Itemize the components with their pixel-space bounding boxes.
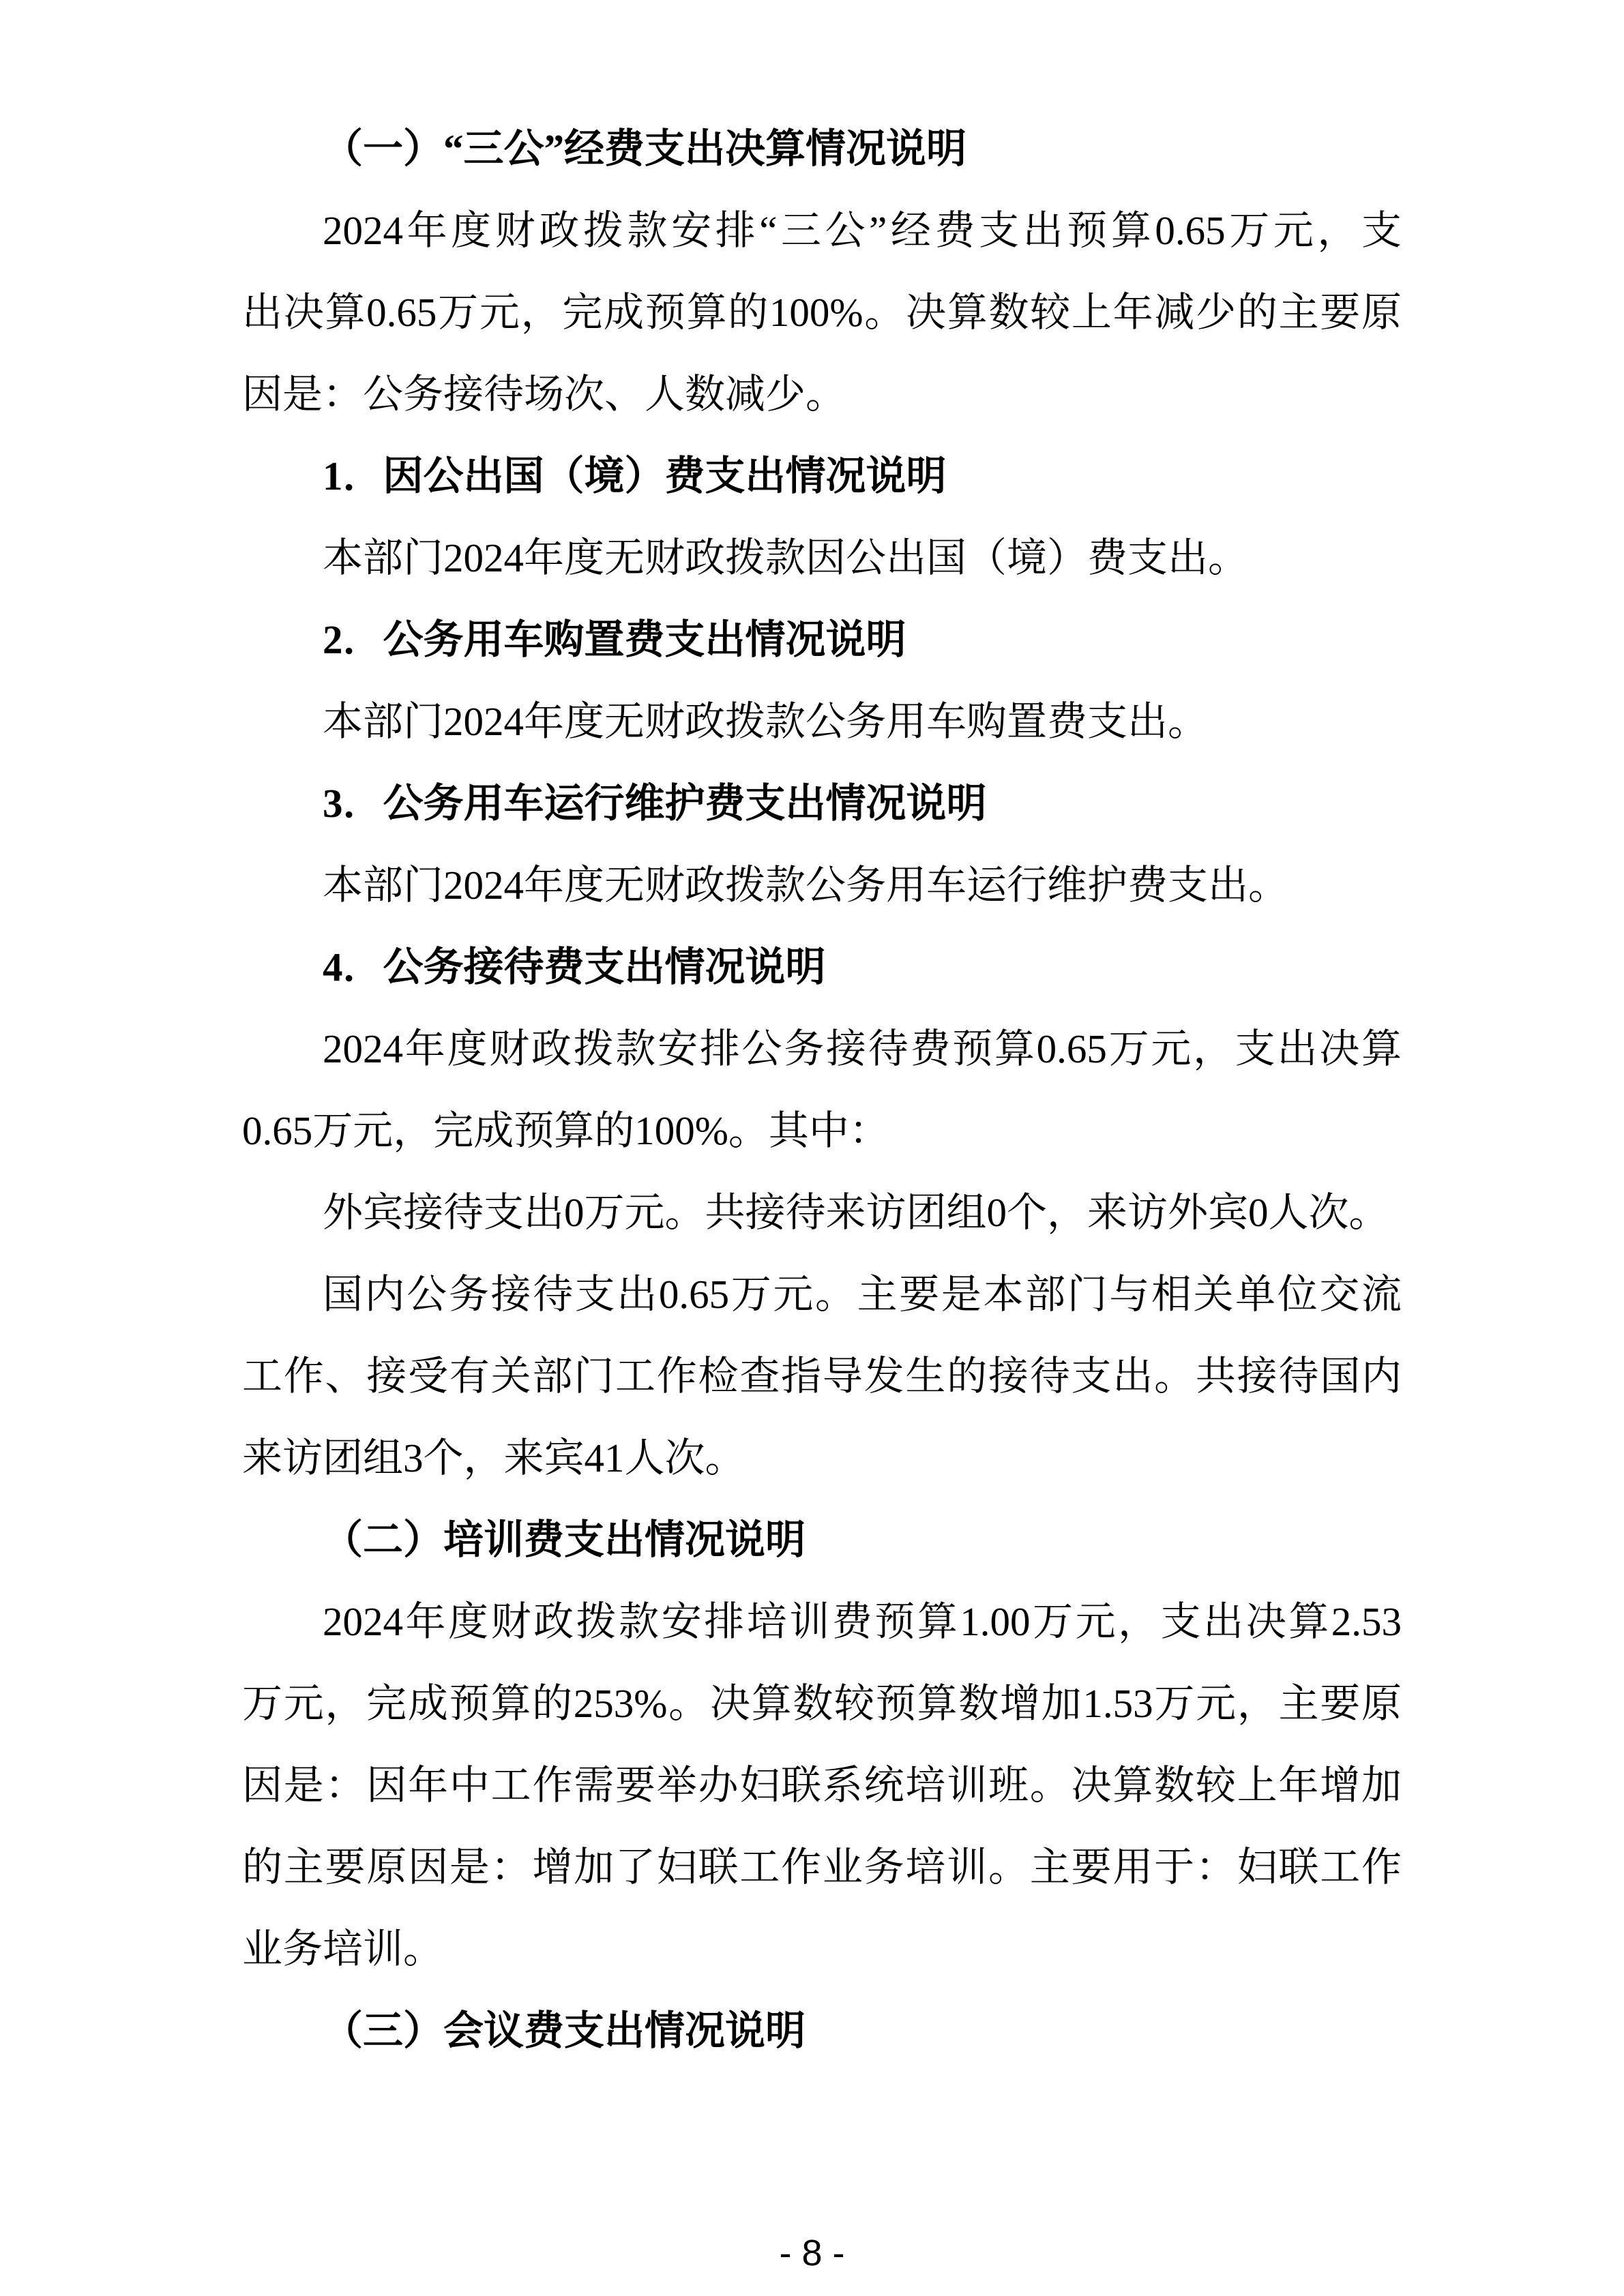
text-block: （一）“三公”经费支出决算情况说明2024年度财政拨款安排“三公”经费支出预算0… [242,108,1402,2072]
body-line: 外宾接待支出0万元。共接待来访团组0个，来访外宾0人次。 [242,1172,1402,1253]
heading-line: 3．公务用车运行维护费支出情况说明 [242,762,1402,844]
page-number: - 8 - [0,2226,1624,2280]
body-line: 业务培训。 [242,1908,1402,1990]
heading-line: （三）会议费支出情况说明 [242,1990,1402,2072]
body-line: 本部门2024年度无财政拨款公务用车运行维护费支出。 [242,844,1402,926]
heading-line: 1．因公出国（境）费支出情况说明 [242,435,1402,517]
body-line: 万元，完成预算的253%。决算数较预算数增加1.53万元，主要原 [242,1663,1402,1744]
heading-line: 4．公务接待费支出情况说明 [242,926,1402,1008]
body-line: 出决算0.65万元，完成预算的100%。决算数较上年减少的主要原 [242,271,1402,353]
body-line: 0.65万元，完成预算的100%。其中： [242,1090,1402,1172]
body-line: 本部门2024年度无财政拨款因公出国（境）费支出。 [242,517,1402,599]
body-line: 2024年度财政拨款安排“三公”经费支出预算0.65万元，支 [242,190,1402,271]
heading-line: （一）“三公”经费支出决算情况说明 [242,108,1402,190]
body-line: 2024年度财政拨款安排公务接待费预算0.65万元，支出决算 [242,1008,1402,1090]
document-page: （一）“三公”经费支出决算情况说明2024年度财政拨款安排“三公”经费支出预算0… [0,0,1624,2296]
body-line: 因是：因年中工作需要举办妇联系统培训班。决算数较上年增加 [242,1744,1402,1826]
heading-line: （二）培训费支出情况说明 [242,1499,1402,1581]
body-line: 2024年度财政拨款安排培训费预算1.00万元，支出决算2.53 [242,1581,1402,1663]
body-line: 因是：公务接待场次、人数减少。 [242,353,1402,435]
body-line: 本部门2024年度无财政拨款公务用车购置费支出。 [242,681,1402,762]
body-line: 的主要原因是：增加了妇联工作业务培训。主要用于：妇联工作 [242,1826,1402,1908]
body-line: 国内公务接待支出0.65万元。主要是本部门与相关单位交流 [242,1253,1402,1335]
body-line: 来访团组3个，来宾41人次。 [242,1417,1402,1499]
body-line: 工作、接受有关部门工作检查指导发生的接待支出。共接待国内 [242,1335,1402,1417]
heading-line: 2．公务用车购置费支出情况说明 [242,599,1402,681]
